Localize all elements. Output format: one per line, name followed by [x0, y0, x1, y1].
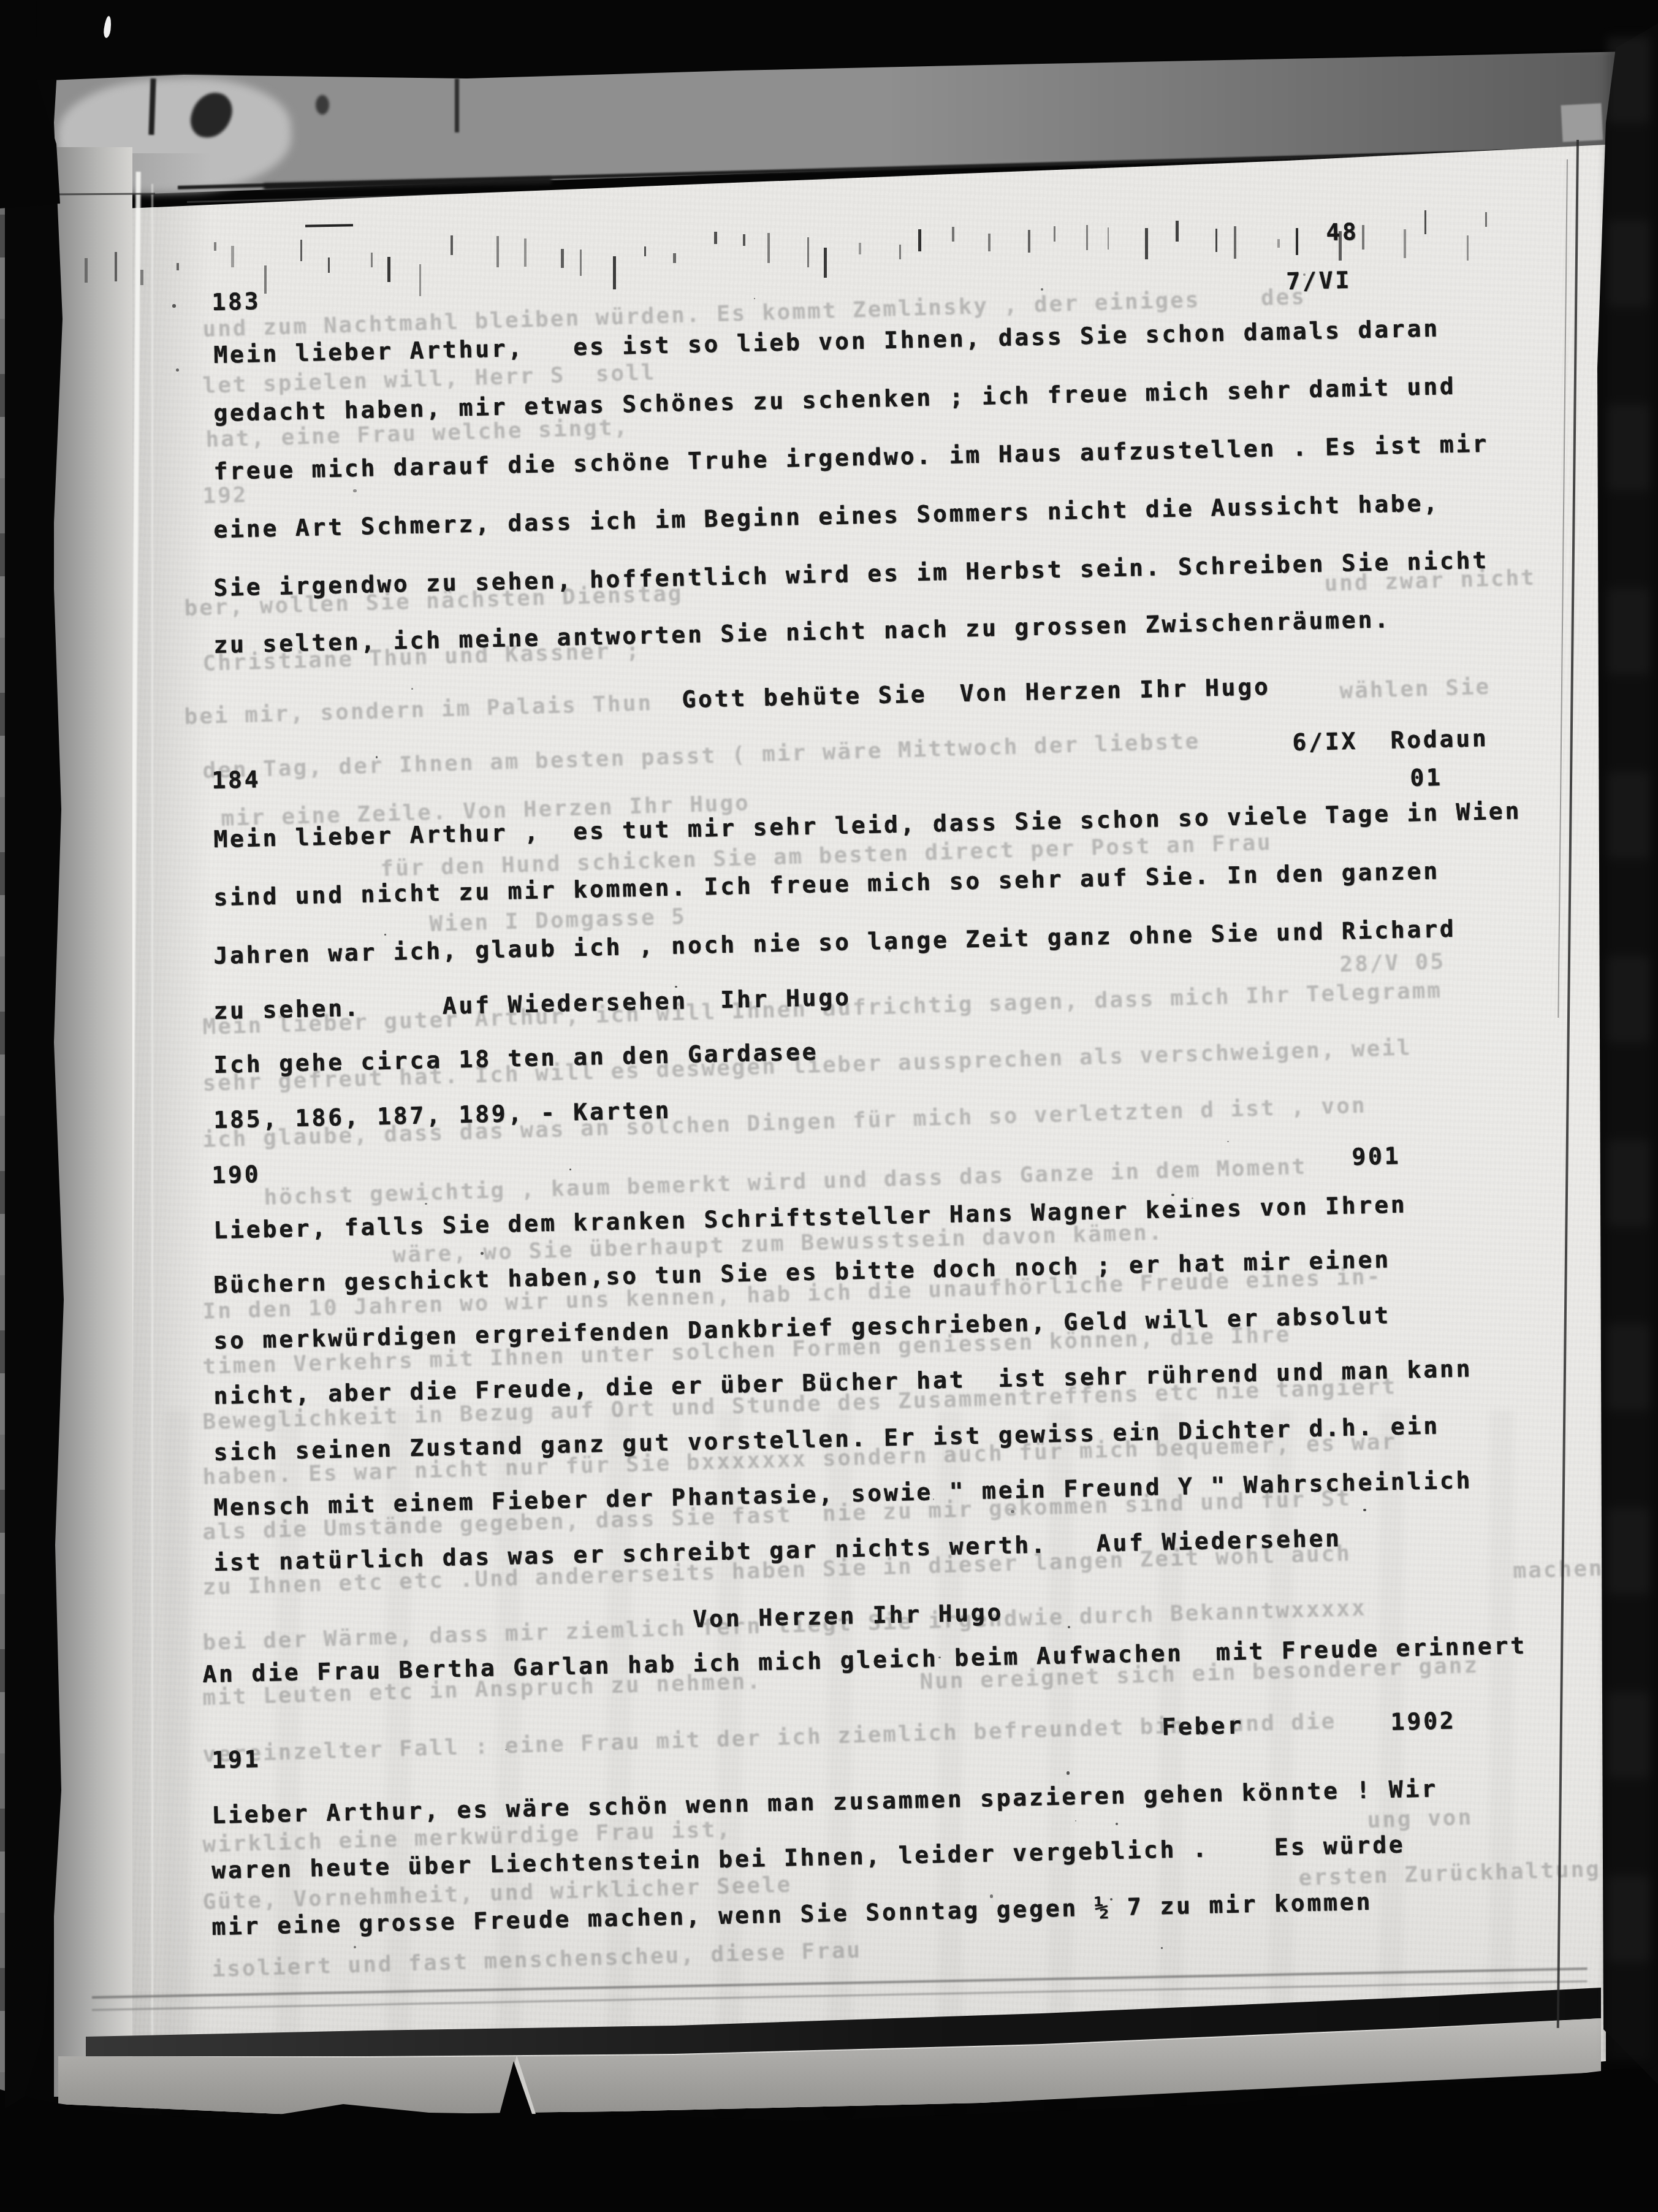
bleedthrough-line: ung von: [1367, 1807, 1474, 1832]
tick-mark: [1467, 235, 1469, 261]
tick-mark: [1108, 227, 1109, 250]
tick-mark: [807, 237, 809, 267]
right-border-grain: [1607, 37, 1650, 2060]
date-feber-1902: Feber 1902: [1162, 1709, 1456, 1739]
ink-speck: [172, 304, 175, 307]
tick-mark: [743, 234, 745, 246]
tick-mark: [1404, 229, 1405, 258]
item-number-183: 183: [211, 289, 261, 314]
tick-mark: [952, 227, 954, 242]
tick-mark: [1176, 221, 1179, 242]
ink-speck: [888, 950, 891, 952]
tick-mark: [177, 263, 179, 270]
tick-mark: [371, 253, 373, 267]
ink-speck: [1192, 1197, 1193, 1199]
ink-speck: [1041, 288, 1043, 291]
tick-mark: [644, 246, 646, 256]
date-6-ix-rodaun: 6/IX Rodaun: [1292, 727, 1489, 754]
tick-mark: [451, 235, 453, 255]
ink-speck: [1316, 331, 1318, 333]
tick-mark: [419, 264, 422, 296]
tick-mark: [524, 238, 527, 267]
tick-mark: [1424, 210, 1426, 234]
bleedthrough-line: 28/V 05: [1339, 951, 1446, 976]
tick-mark: [1028, 230, 1030, 253]
ink-speck: [384, 934, 386, 936]
item-number-191: 191: [211, 1747, 261, 1772]
tick-mark: [115, 252, 117, 281]
tear-mark: [455, 78, 459, 132]
tick-mark: [918, 229, 921, 251]
ink-speck: [264, 1809, 266, 1811]
ink-speck: [754, 298, 755, 299]
tick-mark: [824, 248, 826, 278]
ink-speck: [1011, 1510, 1014, 1513]
ink-speck: [1116, 1823, 1118, 1825]
item-number-184: 184: [211, 768, 261, 792]
tick-mark: [85, 258, 88, 283]
bleedthrough-line: machen: [1513, 1558, 1604, 1582]
tick-mark: [561, 249, 564, 267]
tick-mark: [328, 257, 330, 273]
tick-mark: [714, 232, 717, 243]
tick-mark: [767, 233, 770, 263]
tick-mark: [300, 240, 302, 261]
tick-mark: [580, 250, 582, 276]
tick-mark: [496, 236, 500, 267]
tick-mark: [387, 257, 390, 282]
bleedthrough-line: wählen Sie: [1339, 676, 1491, 703]
ink-speck: [569, 1169, 571, 1170]
tick-mark: [140, 270, 143, 285]
tick-mark: [264, 265, 267, 294]
ink-speck: [1142, 1428, 1144, 1430]
ink-speck: [425, 1203, 427, 1205]
ink-speck: [1068, 1626, 1070, 1628]
tick-mark: [899, 245, 901, 259]
scanned-document-page: und zum Nachtmahl bleiben würden. Es kom…: [0, 0, 1658, 2212]
tick-mark: [1086, 225, 1088, 250]
tick-mark: [1277, 239, 1280, 248]
tick-mark: [673, 253, 676, 263]
left-paper-stack-edge: [54, 147, 132, 2097]
ink-speck: [354, 1946, 356, 1948]
ink-speck: [990, 1894, 993, 1897]
ink-speck: [1303, 273, 1306, 276]
ink-speck: [481, 1252, 484, 1255]
tick-mark: [1362, 225, 1365, 250]
tick-mark: [988, 234, 991, 251]
tick-mark: [1234, 226, 1236, 259]
tear-mark: [316, 95, 329, 115]
closing-190: Von Herzen Ihr Hugo: [693, 1601, 1004, 1631]
ink-speck: [1171, 1194, 1174, 1197]
bleedthrough-line: 192: [202, 484, 248, 508]
tick-mark: [1054, 226, 1055, 242]
ink-speck: [353, 489, 356, 492]
tick-mark: [1296, 228, 1298, 255]
tick-mark: [214, 242, 216, 250]
number-901: 901: [1352, 1144, 1401, 1169]
tick-mark: [859, 243, 861, 255]
date-7-vi: 7/VI: [1286, 269, 1352, 293]
tick-mark: [613, 256, 615, 289]
tick-mark: [1485, 212, 1487, 227]
tick-mark: [231, 246, 234, 267]
tick-mark: [1215, 229, 1217, 252]
page-edge-highlight: [151, 184, 153, 2048]
date-01: 01: [1410, 766, 1443, 790]
tick-mark: [1145, 228, 1147, 259]
protruding-page-corner: [1561, 103, 1603, 142]
item-number-190: 190: [211, 1162, 261, 1187]
page-number: 48: [1326, 220, 1359, 244]
